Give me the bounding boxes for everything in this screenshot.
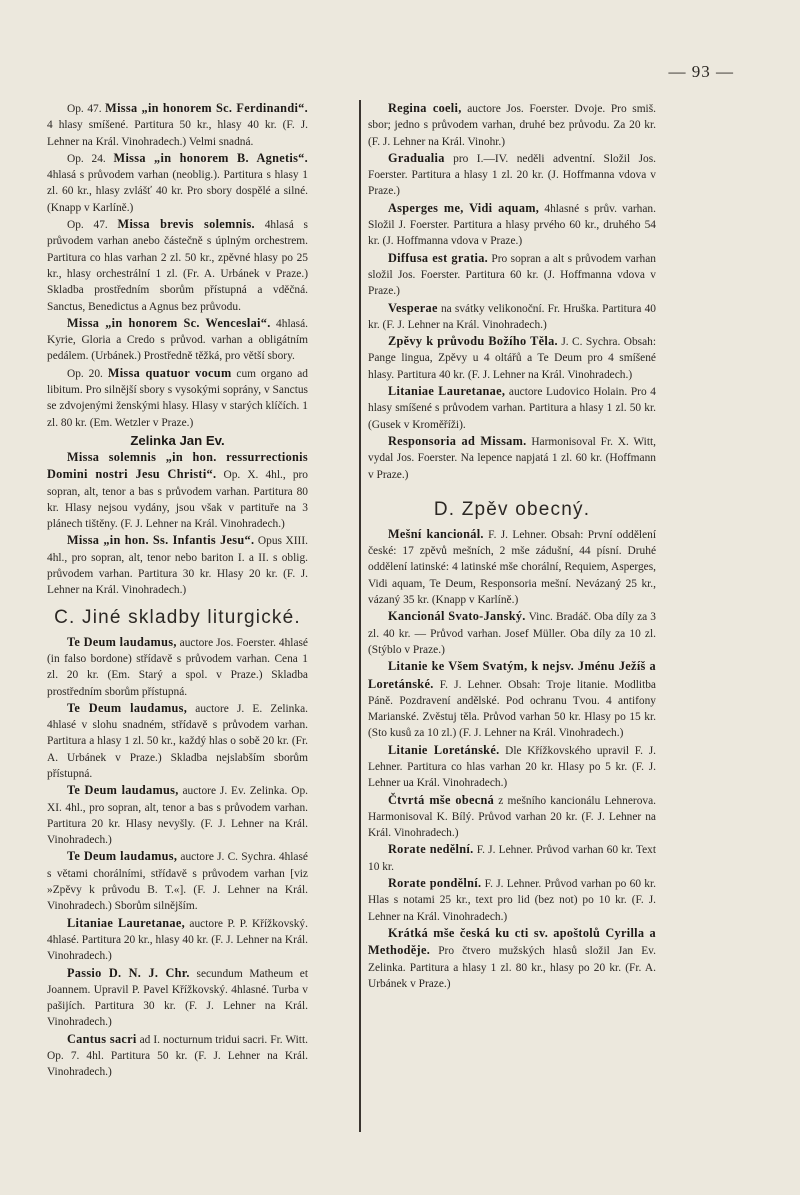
entry-title: Responsoria ad Missam.: [388, 434, 527, 448]
entry-title: Kancionál Svato-Janský.: [388, 609, 526, 623]
entry-title: Rorate pondělní.: [388, 876, 481, 890]
entry-title: Vesperae: [388, 301, 438, 315]
section-c-heading: C. Jiné skladby liturgické.: [47, 605, 308, 631]
catalogue-entry: Cantus sacri ad I. nocturnum tridui sacr…: [47, 1031, 308, 1081]
entry-title: Te Deum laudamus,: [67, 783, 179, 797]
entry-title: Te Deum laudamus,: [67, 849, 177, 863]
catalogue-entry: Passio D. N. J. Chr. secundum Matheum et…: [47, 965, 308, 1031]
left-column: Op. 47. Missa „in honorem Sc. Ferdinandi…: [47, 100, 308, 1081]
catalogue-entry: Vesperae na svátky velikonoční. Fr. Hruš…: [368, 300, 656, 334]
catalogue-entry: Zpěvy k průvodu Božího Těla. J. C. Sychr…: [368, 333, 656, 383]
right-column: Regina coeli, auctore Jos. Foerster. Dvo…: [368, 100, 656, 992]
entry-title: Gradualia: [388, 151, 445, 165]
entry-description: 4hlasá s průvodem varhan anebo částečně …: [47, 219, 308, 312]
catalogue-entry: Litaniae Lauretanae, auctore Ludovico Ho…: [368, 383, 656, 433]
entry-title: Missa „in honorem Sc. Wenceslai“.: [67, 316, 271, 330]
catalogue-entry: Op. 20. Missa quatuor vocum cum organo a…: [47, 365, 308, 431]
entries-before-author: Op. 47. Missa „in honorem Sc. Ferdinandi…: [47, 100, 308, 431]
entry-title: Missa brevis solemnis.: [118, 217, 255, 231]
catalogue-entry: Rorate nedělní. F. J. Lehner. Průvod var…: [368, 841, 656, 875]
catalogue-entry: Asperges me, Vidi aquam, 4hlasné s prův.…: [368, 200, 656, 250]
entry-title: Litaniae Lauretanae,: [67, 916, 185, 930]
entry-title: Litanie Loretánské.: [388, 743, 499, 757]
column-divider: [359, 100, 361, 1132]
catalogue-entry: Litanie ke Všem Svatým, k nejsv. Jménu J…: [368, 658, 656, 741]
entry-title: Čtvrtá mše obecná: [388, 793, 494, 807]
entry-title: Regina coeli,: [388, 101, 462, 115]
entry-description: 4 hlasy smíšené. Partitura 50 kr., hlasy…: [47, 119, 308, 147]
catalogue-entry: Kancionál Svato-Janský. Vinc. Bradáč. Ob…: [368, 608, 656, 658]
opus-number: Op. 20.: [67, 368, 108, 380]
catalogue-entry: Responsoria ad Missam. Harmonisoval Fr. …: [368, 433, 656, 483]
page-number: — 93 —: [0, 62, 734, 82]
catalogue-entry: Te Deum laudamus, auctore J. Ev. Zelinka…: [47, 782, 308, 848]
author-heading: Zelinka Jan Ev.: [47, 432, 308, 449]
entry-title: Diffusa est gratia.: [388, 251, 488, 265]
entry-title: Te Deum laudamus,: [67, 635, 177, 649]
entries-after-author: Missa solemnis „in hon. ressurrectionis …: [47, 449, 308, 599]
catalogue-entry: Litanie Loretánské. Dle Křížkovského upr…: [368, 742, 656, 792]
catalogue-entry: Te Deum laudamus, auctore Jos. Foerster.…: [47, 634, 308, 700]
entry-title: Mešní kancionál.: [388, 527, 484, 541]
entry-title: Asperges me, Vidi aquam,: [388, 201, 539, 215]
catalogue-entry: Rorate pondělní. F. J. Lehner. Průvod va…: [368, 875, 656, 925]
catalogue-entry: Te Deum laudamus, auctore J. E. Zelinka.…: [47, 700, 308, 782]
section-d-entries: Mešní kancionál. F. J. Lehner. Obsah: Pr…: [368, 526, 656, 992]
catalogue-entry: Op. 47. Missa „in honorem Sc. Ferdinandi…: [47, 100, 308, 150]
entry-description: 4hlasá s průvodem varhan (neoblig.). Par…: [47, 169, 308, 214]
catalogue-entry: Regina coeli, auctore Jos. Foerster. Dvo…: [368, 100, 656, 150]
right-entries: Regina coeli, auctore Jos. Foerster. Dvo…: [368, 100, 656, 483]
catalogue-entry: Gradualia pro I.—IV. neděli adventní. Sl…: [368, 150, 656, 200]
catalogue-entry: Te Deum laudamus, auctore J. C. Sychra. …: [47, 848, 308, 914]
catalogue-entry: Op. 47. Missa brevis solemnis. 4hlasá s …: [47, 216, 308, 315]
section-c-entries: Te Deum laudamus, auctore Jos. Foerster.…: [47, 634, 308, 1081]
entry-title: Missa quatuor vocum: [108, 366, 232, 380]
catalogue-entry: Čtvrtá mše obecná z mešního kancionálu L…: [368, 792, 656, 842]
catalogue-entry: Diffusa est gratia. Pro sopran a alt s p…: [368, 250, 656, 300]
opus-number: Op. 47.: [67, 219, 118, 231]
entry-title: Missa „in hon. Ss. Infantis Jesu“.: [67, 533, 254, 547]
entry-title: Passio D. N. J. Chr.: [67, 966, 190, 980]
catalogue-entry: Litaniae Lauretanae, auctore P. P. Křížk…: [47, 915, 308, 965]
catalogue-entry: Op. 24. Missa „in honorem B. Agnetis“. 4…: [47, 150, 308, 216]
entry-title: Litaniae Lauretanae,: [388, 384, 505, 398]
entry-title: Te Deum laudamus,: [67, 701, 187, 715]
catalogue-entry: Missa „in honorem Sc. Wenceslai“. 4hlasá…: [47, 315, 308, 365]
entry-title: Zpěvy k průvodu Božího Těla.: [388, 334, 558, 348]
opus-number: Op. 24.: [67, 153, 114, 165]
entry-title: Rorate nedělní.: [388, 842, 473, 856]
section-d-heading: D. Zpěv obecný.: [368, 497, 656, 523]
entry-title: Missa „in honorem Sc. Ferdinandi“.: [105, 101, 308, 115]
catalogue-entry: Missa solemnis „in hon. ressurrectionis …: [47, 449, 308, 532]
catalogue-entry: Krátká mše česká ku cti sv. apoštolů Cyr…: [368, 925, 656, 992]
catalogue-entry: Missa „in hon. Ss. Infantis Jesu“. Opus …: [47, 532, 308, 598]
entry-title: Cantus sacri: [67, 1032, 137, 1046]
opus-number: Op. 47.: [67, 103, 105, 115]
catalogue-entry: Mešní kancionál. F. J. Lehner. Obsah: Pr…: [368, 526, 656, 608]
document-page: — 93 — Op. 47. Missa „in honorem Sc. Fer…: [0, 0, 800, 1195]
entry-title: Missa „in honorem B. Agnetis“.: [114, 151, 308, 165]
